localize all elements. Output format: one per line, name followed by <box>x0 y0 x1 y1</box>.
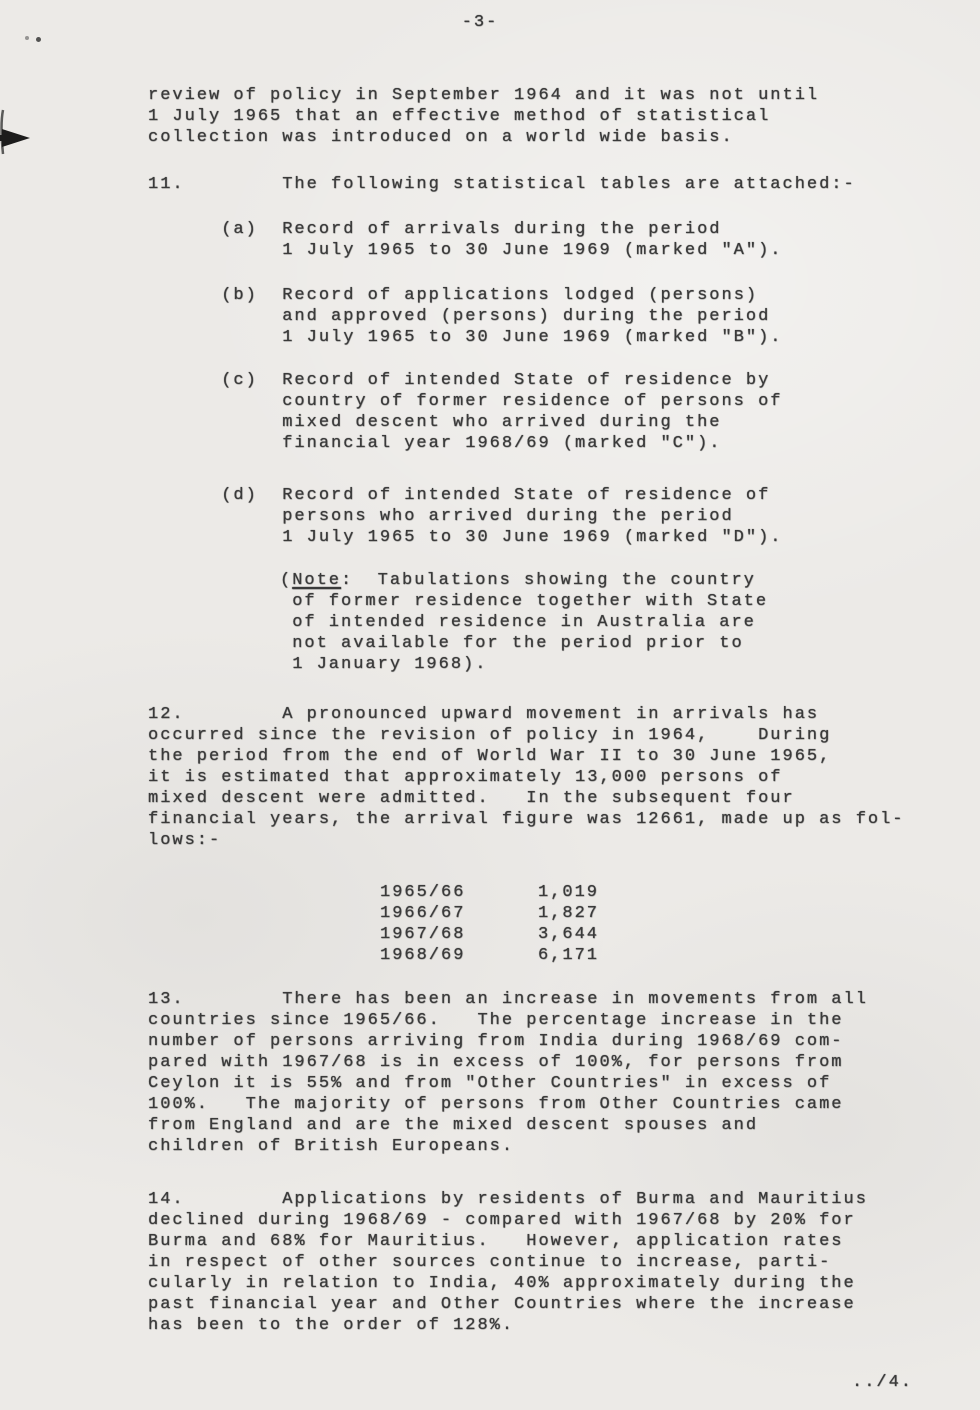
continuation-marker: ../4. <box>852 1372 913 1393</box>
list-item-b: (b) Record of applications lodged (perso… <box>148 285 783 348</box>
note-open-paren: ( <box>280 571 292 590</box>
table-year: 1968/69 <box>380 945 465 966</box>
table-arrivals: 6,171 <box>538 945 599 966</box>
table-arrivals: 1,827 <box>538 903 599 924</box>
paragraph-12: 12. A pronounced upward movement in arri… <box>148 704 905 851</box>
paragraph-14: 14. Applications by residents of Burma a… <box>148 1189 868 1336</box>
note-underlined-word: Note <box>292 571 341 590</box>
table-row: 1968/69 6,171 <box>148 945 848 966</box>
note-block: (Note: Tabulations showing the country o… <box>280 570 768 675</box>
ink-dot <box>36 37 41 42</box>
list-item-c: (c) Record of intended State of residenc… <box>148 370 783 454</box>
paragraph-11: 11. The following statistical tables are… <box>148 174 856 195</box>
ink-dot <box>25 36 29 40</box>
table-year: 1966/67 <box>380 903 465 924</box>
table-row: 1966/67 1,827 <box>148 903 848 924</box>
table-arrivals: 3,644 <box>538 924 599 945</box>
table-year: 1965/66 <box>380 882 465 903</box>
table-year: 1967/68 <box>380 924 465 945</box>
arrivals-table: 1965/66 1,019 1966/67 1,827 1967/68 3,64… <box>148 882 848 966</box>
paragraph-intro: review of policy in September 1964 and i… <box>148 85 819 148</box>
table-row: 1965/66 1,019 <box>148 882 848 903</box>
table-row: 1967/68 3,644 <box>148 924 848 945</box>
list-item-a: (a) Record of arrivals during the period… <box>148 219 783 261</box>
list-item-d: (d) Record of intended State of residenc… <box>148 485 783 548</box>
page-number: -3- <box>0 12 960 33</box>
margin-mark <box>0 108 40 164</box>
note-first-line: (Note: Tabulations showing the country <box>280 570 768 591</box>
document-page: -3- review of policy in September 1964 a… <box>0 0 980 1410</box>
note-continuation: of former residence together with State … <box>280 591 768 675</box>
paragraph-13: 13. There has been an increase in moveme… <box>148 989 868 1157</box>
note-text: : Tabulations showing the country <box>341 571 756 590</box>
table-arrivals: 1,019 <box>538 882 599 903</box>
